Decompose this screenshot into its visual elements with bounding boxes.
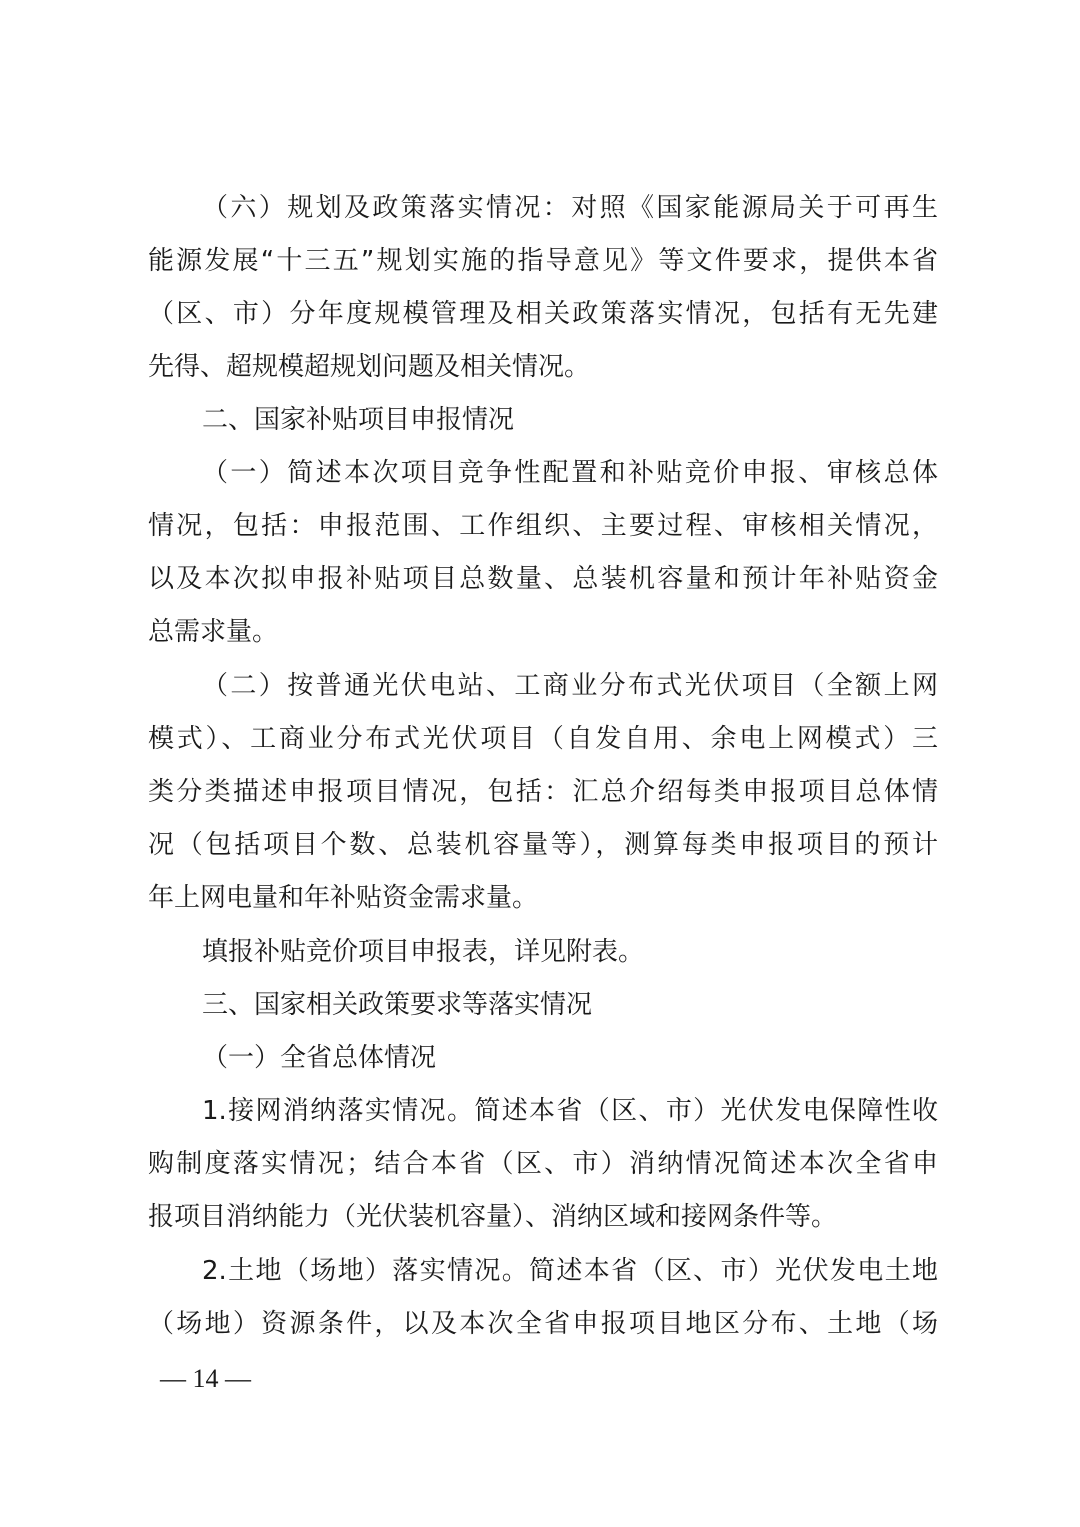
text-line: 以及本次拟申报补贴项目总数量、总装机容量和预计年补贴资金: [148, 559, 938, 599]
text-line: 报项目消纳能力（光伏装机容量）、消纳区域和接网条件等。: [148, 1197, 938, 1237]
text-line: （场地）资源条件，以及本次全省申报项目地区分布、土地（场: [148, 1304, 938, 1344]
text-line: 购制度落实情况；结合本省（区、市）消纳情况简述本次全省申: [148, 1144, 938, 1184]
page-number: — 14 —: [160, 1362, 251, 1396]
text-line: （一）简述本次项目竞争性配置和补贴竞价申报、审核总体: [202, 453, 938, 493]
text-line: 2.土地（场地）落实情况。简述本省（区、市）光伏发电土地: [202, 1251, 938, 1291]
text-line: （二）按普通光伏电站、工商业分布式光伏项目（全额上网: [202, 666, 938, 706]
text-line: 总需求量。: [148, 612, 938, 652]
subsection-heading: （一）全省总体情况: [202, 1038, 938, 1078]
text-line: 填报补贴竞价项目申报表，详见附表。: [202, 932, 938, 972]
section-heading: 二、国家补贴项目申报情况: [202, 400, 938, 440]
text-line: 年上网电量和年补贴资金需求量。: [148, 878, 938, 918]
text-line: 先得、超规模超规划问题及相关情况。: [148, 347, 938, 387]
text-line: 能源发展“十三五”规划实施的指导意见》等文件要求，提供本省: [148, 241, 938, 281]
document-page: （六）规划及政策落实情况：对照《国家能源局关于可再生 能源发展“十三五”规划实施…: [0, 0, 1080, 1527]
text-line: 情况，包括：申报范围、工作组织、主要过程、审核相关情况，: [148, 506, 938, 546]
text-line: 1.接网消纳落实情况。简述本省（区、市）光伏发电保障性收: [202, 1091, 938, 1131]
text-line: （区、市）分年度规模管理及相关政策落实情况，包括有无先建: [148, 294, 938, 334]
text-line: 类分类描述申报项目情况，包括：汇总介绍每类申报项目总体情: [148, 772, 938, 812]
text-line: 况（包括项目个数、总装机容量等），测算每类申报项目的预计: [148, 825, 938, 865]
section-heading: 三、国家相关政策要求等落实情况: [202, 985, 938, 1025]
text-line: （六）规划及政策落实情况：对照《国家能源局关于可再生: [202, 188, 938, 228]
text-line: 模式）、工商业分布式光伏项目（自发自用、余电上网模式）三: [148, 719, 938, 759]
